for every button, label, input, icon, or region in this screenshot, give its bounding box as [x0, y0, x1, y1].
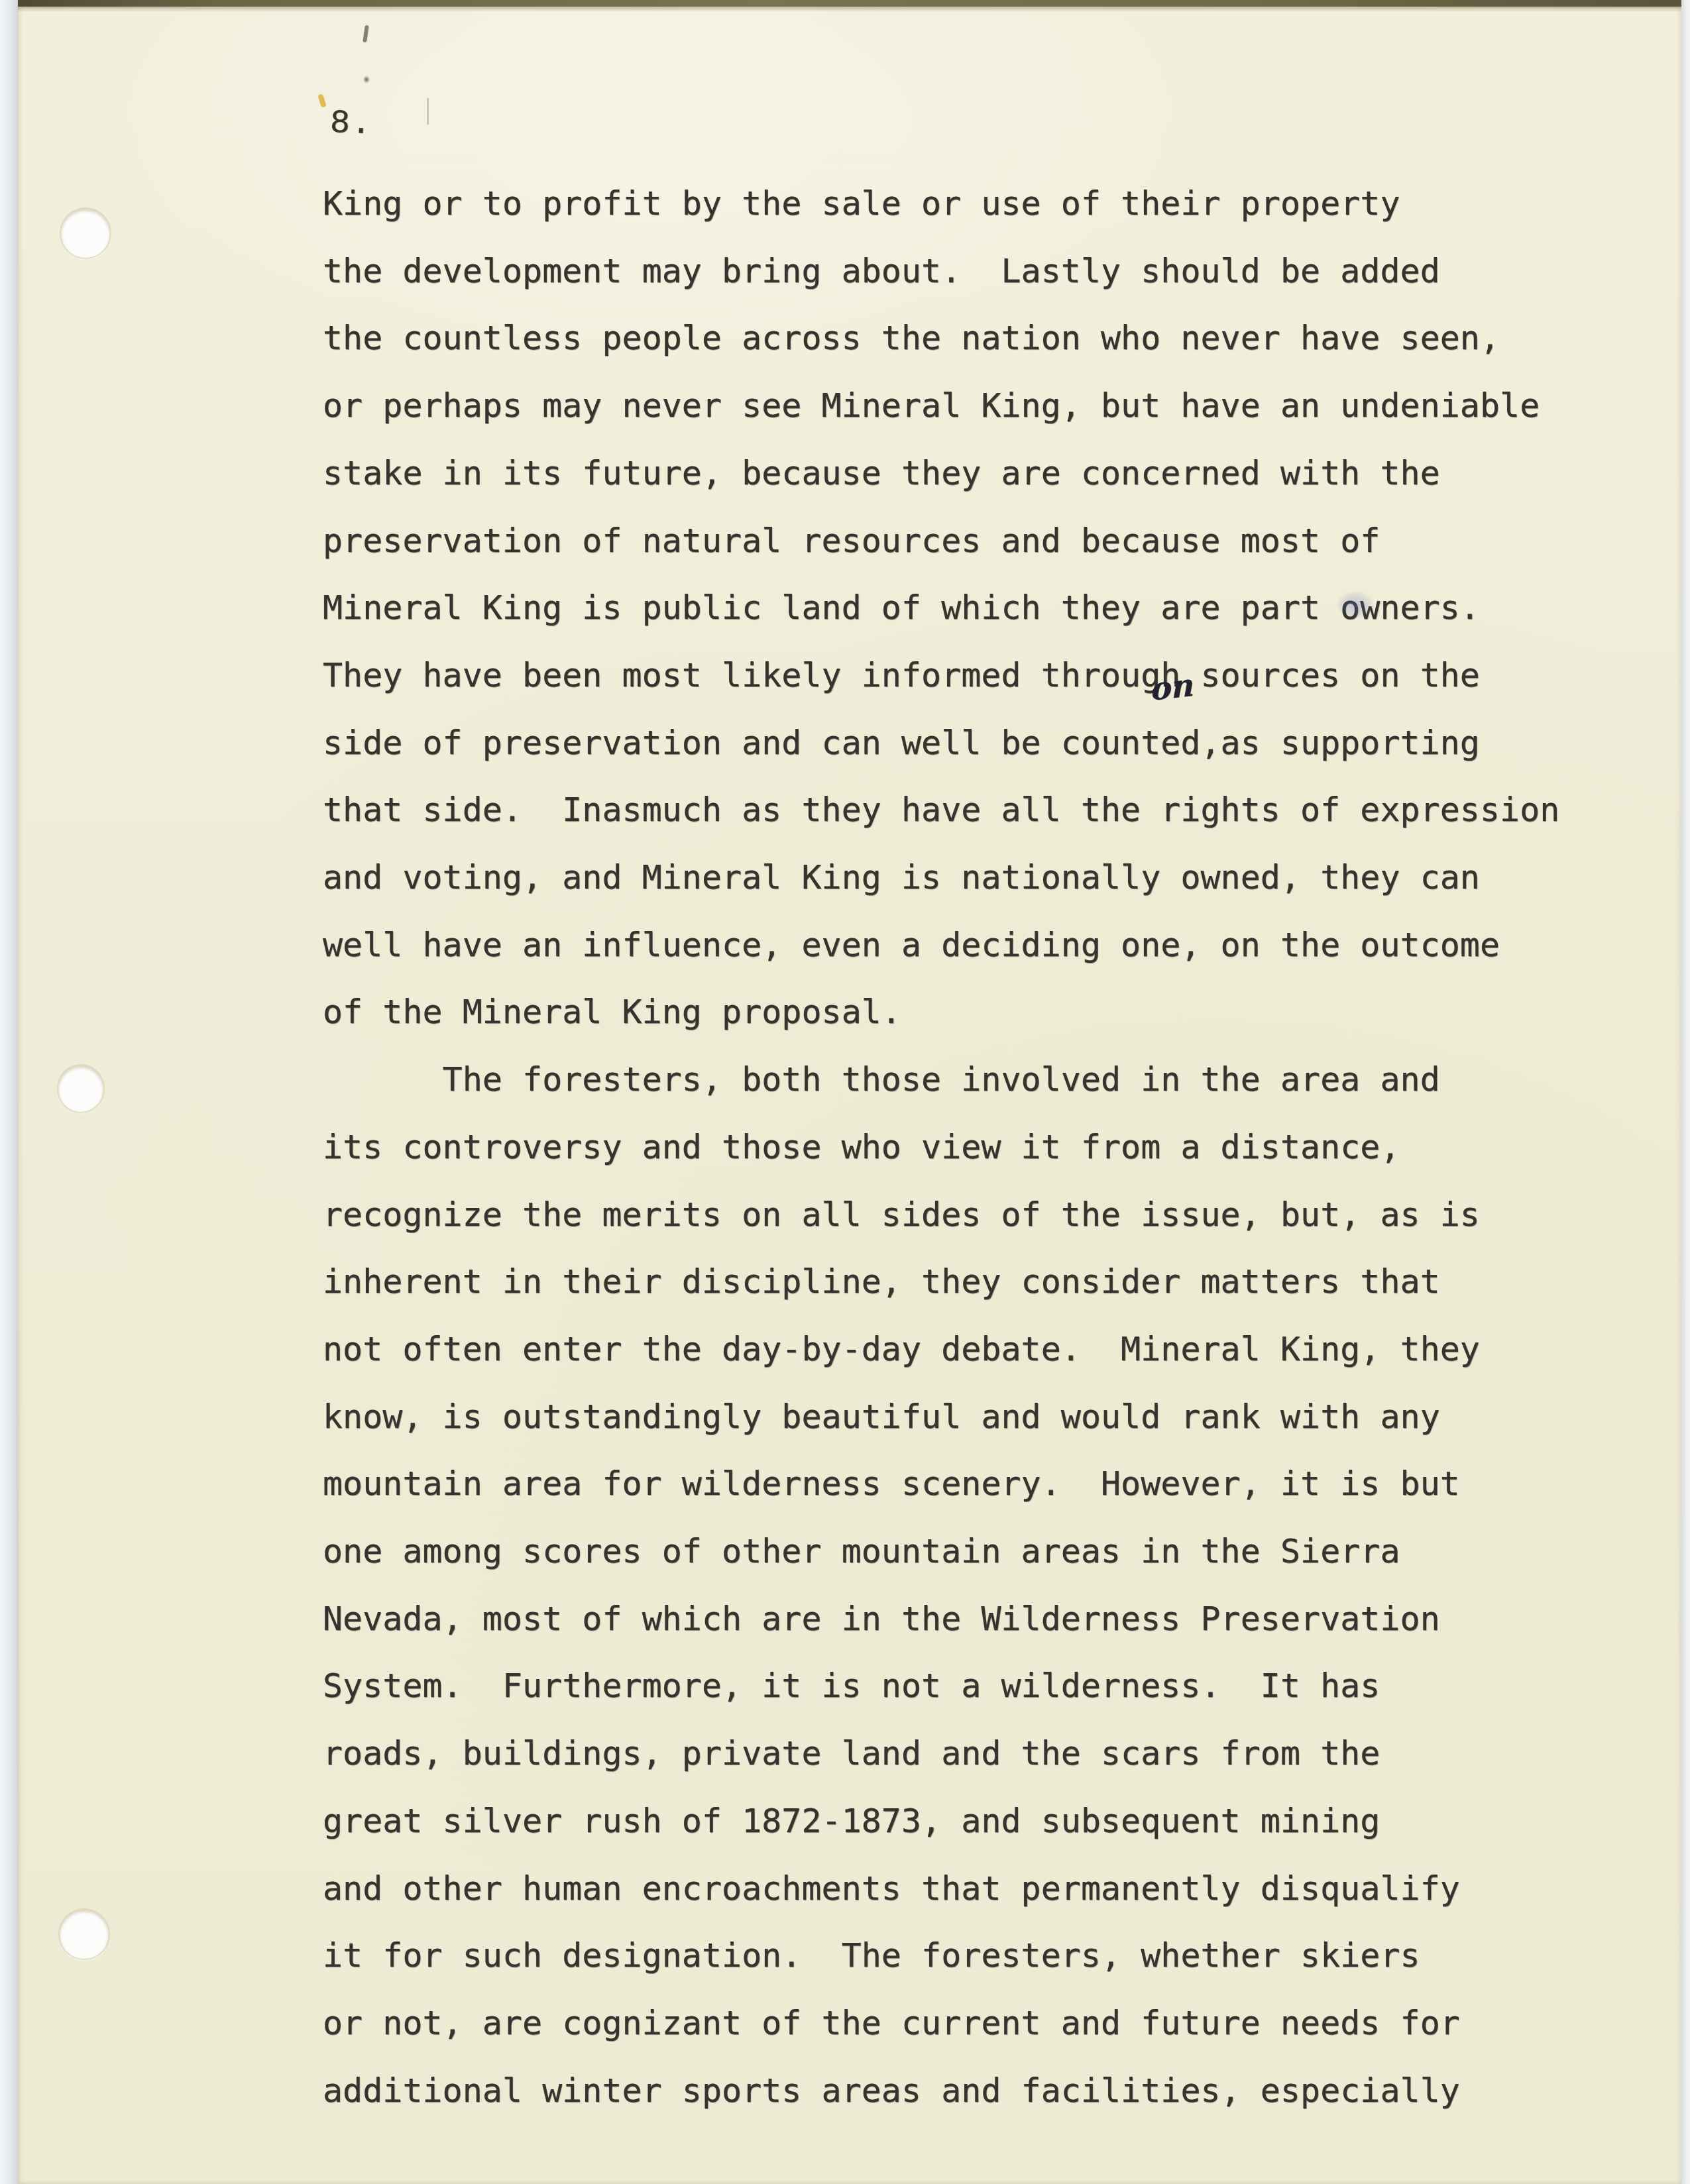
- overtype-ink-smudge: [1329, 586, 1381, 624]
- stray-mark: [362, 74, 371, 85]
- scan-margin-left: [0, 0, 18, 2184]
- punch-hole-top: [61, 209, 110, 258]
- punch-hole-bottom: [60, 1910, 109, 1959]
- paper-top-edge-shadow: [18, 0, 1681, 7]
- scan-margin-right: [1681, 0, 1690, 2184]
- stray-pencil-tick: [427, 98, 429, 125]
- punch-hole-middle: [58, 1065, 103, 1112]
- scanned-typewritten-page: 8. King or to profit by the sale or use …: [0, 0, 1690, 2184]
- page-number: 8.: [329, 107, 373, 142]
- typed-body-text: King or to profit by the sale or use of …: [323, 170, 1559, 2124]
- handwritten-insertion-on: on: [1151, 669, 1194, 705]
- paper-top-edge-fade: [18, 7, 1681, 12]
